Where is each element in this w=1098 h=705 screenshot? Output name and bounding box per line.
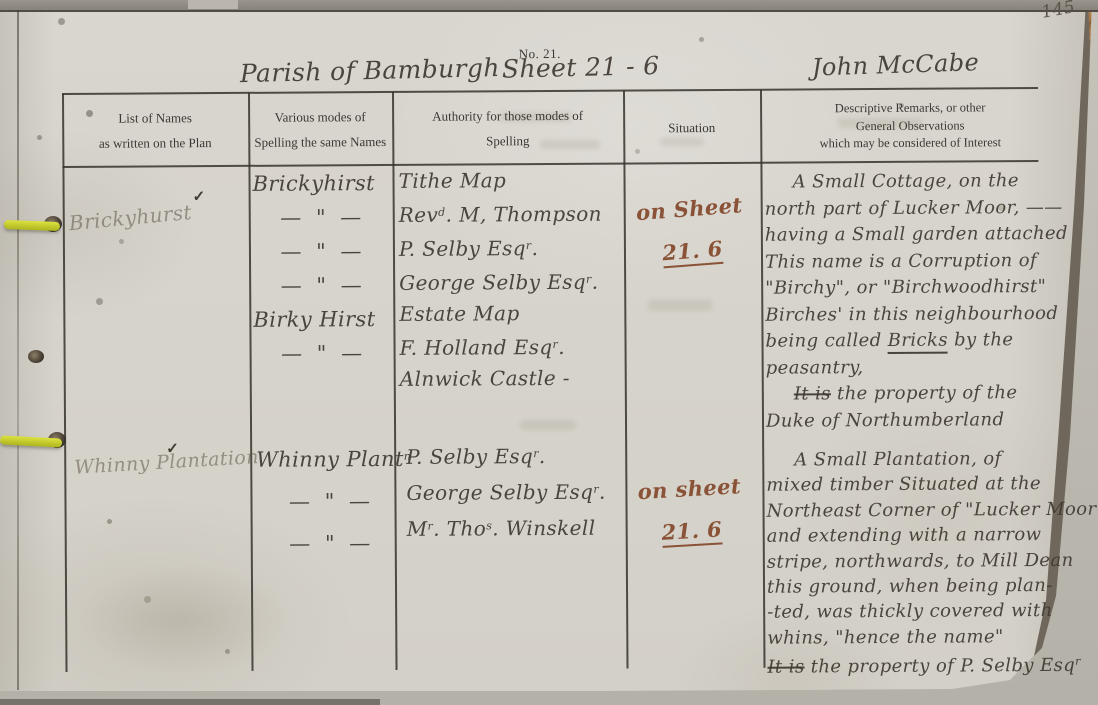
remarks-line: Birches' in this neighbourhood — [765, 300, 1057, 328]
table-column-divider — [62, 94, 68, 672]
spelling-line: Birky Hirst — [253, 302, 393, 337]
remarks: A Small Cottage, on thenorth part of Luc… — [764, 168, 1058, 435]
remarks-line: having a Small garden attached — [765, 221, 1057, 249]
remarks-line: whins, "hence the name" — [767, 624, 1063, 651]
spelling-line: — " — — [256, 480, 406, 523]
authority-line: F. Holland Esqr. — [399, 329, 629, 364]
header-line: Various modes of — [275, 110, 366, 124]
table-column-divider — [392, 92, 398, 670]
spelling-line: — " — — [253, 336, 393, 371]
scanned-name-book-page: 145 No. 21. Parish of Bamburgh Sheet 21 … — [0, 0, 1098, 705]
examiner-signature: John McCabe — [811, 48, 979, 81]
page-number: 145 — [1040, 0, 1077, 23]
situation-line: 21. 6 — [621, 506, 763, 556]
remarks-line: It is the property of P. Selby Esqr — [767, 649, 1063, 680]
spelling-line: Whinny Plantn — [256, 436, 406, 481]
remarks-line: being called Bricks by the — [765, 327, 1057, 355]
header-line: which may be considered of Interest — [820, 137, 1002, 151]
remarks-line: This name is a Corruption of — [765, 247, 1057, 275]
header-line: Authority for those modes of — [432, 109, 583, 123]
remarks-line: mixed timber Situated at the — [766, 471, 1062, 498]
spelling-list: Brickyhirst— " —— " —— " —Birky Hirst— "… — [252, 166, 393, 371]
spelling-line: Brickyhirst — [252, 166, 392, 201]
authority-line: P. Selby Esqr. — [399, 230, 629, 265]
spelling-line: — " — — [253, 268, 393, 303]
spelling-list: Whinny Plantn— " —— " — — [256, 436, 407, 565]
column-header-names: List of Namesas written on the Plan — [62, 95, 248, 166]
authority-list: P. Selby Esqr.George Selby Esqr.Mr. Thos… — [406, 437, 632, 546]
authority-line: Alnwick Castle - — [400, 363, 630, 395]
authority-line: George Selby Esqr. — [399, 264, 629, 299]
authority-line: George Selby Esqr. — [406, 473, 631, 510]
column-header-remarks: Descriptive Remarks, or otherGeneral Obs… — [760, 90, 1060, 162]
column-header-authority: Authority for those modes ofSpelling — [392, 93, 623, 164]
remarks-line: this ground, when being plan- — [767, 573, 1063, 600]
header-line: Spelling the same Names — [254, 135, 386, 149]
authority-list: Tithe MapRevd. M, ThompsonP. Selby Esqr.… — [398, 165, 629, 395]
check-mark-icon: ✓ — [193, 187, 206, 206]
remarks: A Small Plantation, ofmixed timber Situa… — [766, 446, 1063, 680]
remarks-line: It is the property of the — [766, 380, 1058, 408]
column-header-spelling-modes: Various modes ofSpelling the same Names — [248, 94, 392, 165]
situation: on Sheet21. 6 — [618, 183, 764, 277]
remarks-line: peasantry, — [766, 353, 1058, 381]
remarks-line: Duke of Northumberland — [766, 406, 1058, 434]
authority-line: Estate Map — [399, 298, 629, 330]
authority-line: Revd. M, Thompson — [399, 196, 629, 231]
situation: on sheet21. 6 — [618, 464, 763, 556]
remarks-line: A Small Plantation, of — [766, 446, 1062, 473]
remarks-line: and extending with a narrow — [767, 522, 1063, 549]
header-line: Situation — [668, 120, 715, 133]
remarks-line: north part of Lucker Moor, —— — [765, 194, 1057, 222]
header-line: as written on the Plan — [99, 136, 212, 150]
remarks-line: -ted, was thickly covered with — [767, 598, 1063, 625]
header-line: General Observations — [856, 119, 965, 132]
page-content: 145 No. 21. Parish of Bamburgh Sheet 21 … — [0, 0, 1098, 705]
header-line: Spelling — [486, 134, 529, 147]
column-header-situation: Situation — [623, 92, 760, 163]
authority-line: P. Selby Esqr. — [406, 437, 631, 474]
spelling-line: — " — — [253, 200, 393, 235]
spelling-line: — " — — [257, 522, 407, 565]
authority-line: Tithe Map — [398, 165, 628, 197]
remarks-line: Northeast Corner of "Lucker Moor" — [766, 497, 1062, 524]
remarks-line: A Small Cottage, on the — [764, 168, 1056, 196]
plan-name: Brickyhurst — [68, 200, 193, 235]
remarks-line: stripe, northwards, to Mill Dean — [767, 548, 1063, 575]
remarks-line: "Birchy", or "Birchwoodhirst" — [765, 274, 1057, 302]
check-mark-icon: ✓ — [166, 439, 179, 458]
header-line: List of Names — [118, 111, 192, 124]
spelling-line: — " — — [253, 234, 393, 269]
situation-line: on sheet — [618, 464, 760, 514]
parish-title: Parish of Bamburgh — [240, 53, 501, 88]
header-line: Descriptive Remarks, or other — [835, 102, 986, 115]
sheet-title: Sheet 21 - 6 — [502, 51, 660, 84]
authority-line: Mr. Thos. Winskell — [407, 509, 632, 546]
